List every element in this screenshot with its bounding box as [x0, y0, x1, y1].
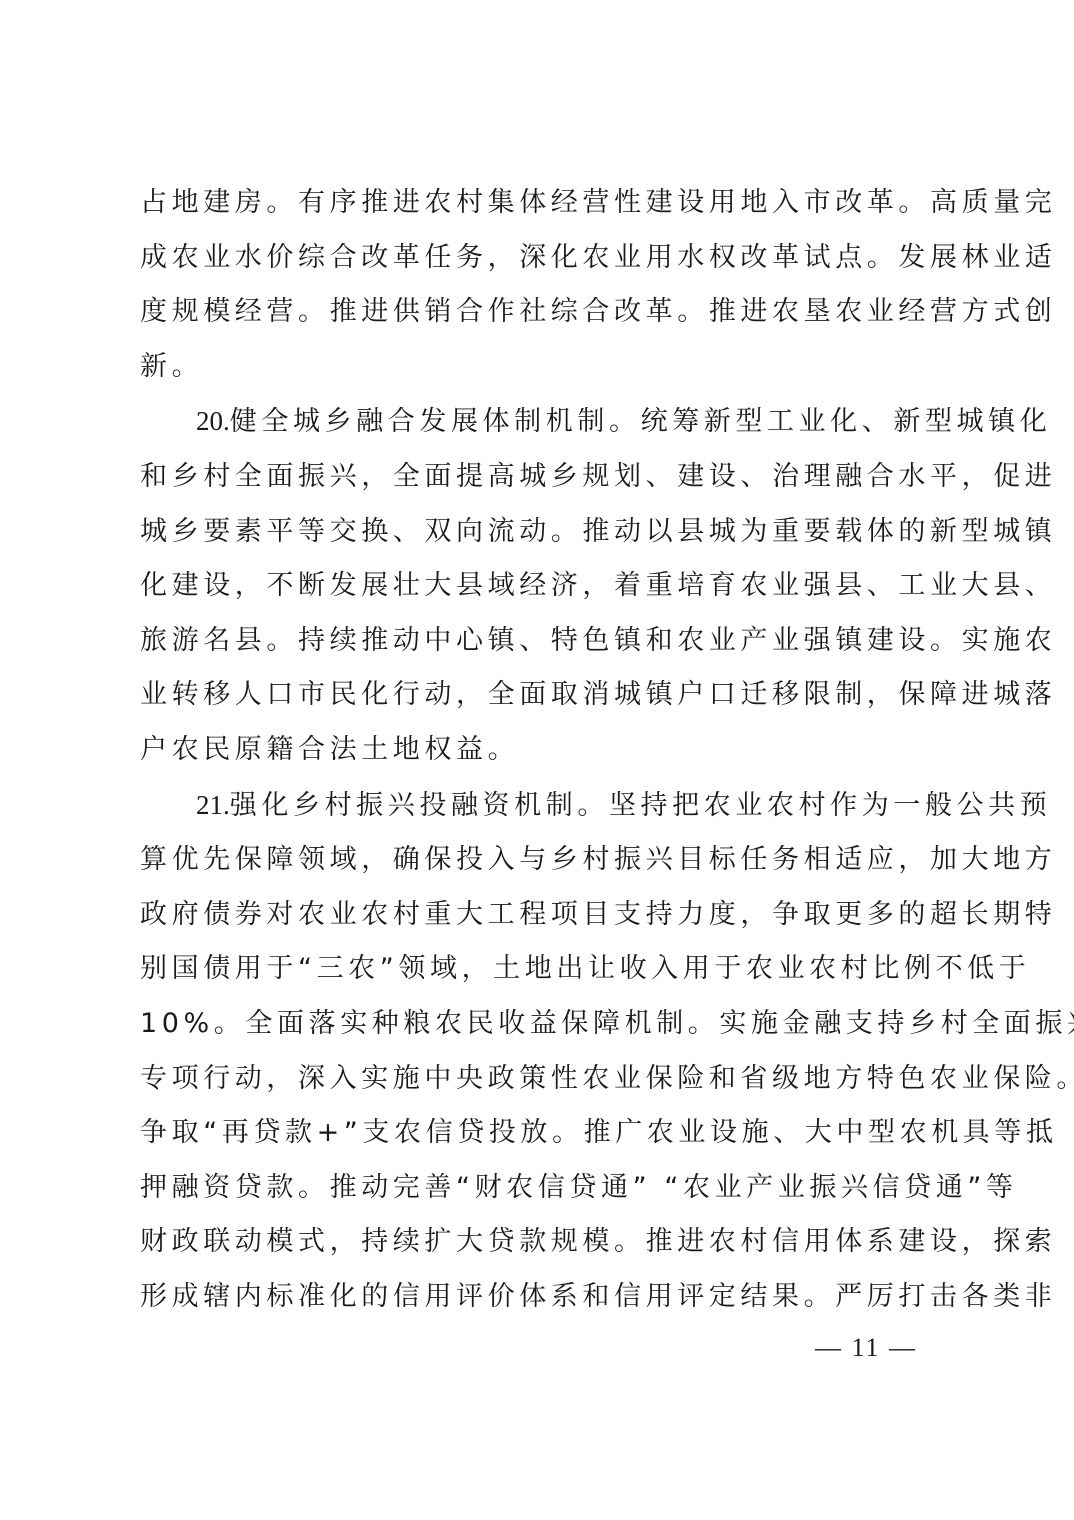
- text-line: 新。: [140, 340, 940, 395]
- section-number: 21.: [196, 790, 230, 820]
- text-line: 10%。全面落实种粮农民收益保障机制。实施金融支持乡村全面振兴: [140, 997, 940, 1052]
- text-line: 政府债券对农业农村重大工程项目支持力度，争取更多的超长期特: [140, 888, 940, 943]
- text-line: 财政联动模式，持续扩大贷款规模。推进农村信用体系建设，探索: [140, 1215, 940, 1270]
- text-line: 争取“再贷款+”支农信贷投放。推广农业设施、大中型农机具等抵: [140, 1106, 940, 1161]
- text-line: 业转移人口市民化行动，全面取消城镇户口迁移限制，保障进城落: [140, 668, 940, 723]
- text-line: 化建设，不断发展壮大县域经济，着重培育农业强县、工业大县、: [140, 559, 940, 614]
- text-line: 和乡村全面振兴，全面提高城乡规划、建设、治理融合水平，促进: [140, 450, 940, 505]
- document-page: 占地建房。有序推进农村集体经营性建设用地入市改革。高质量完 成农业水价综合改革任…: [0, 0, 1074, 1520]
- text-line: 别国债用于“三农”领域，土地出让收入用于农业农村比例不低于: [140, 942, 940, 997]
- text-line: 21.强化乡村振兴投融资机制。坚持把农业农村作为一般公共预: [140, 778, 940, 834]
- text-run: 坚持把农业农村作为一般公共预: [609, 790, 1051, 821]
- text-line: 旅游名县。持续推动中心镇、特色镇和农业产业强镇建设。实施农: [140, 614, 940, 669]
- section-heading: 强化乡村振兴投融资机制。: [230, 790, 609, 821]
- text-line: 押融资贷款。推动完善“财农信贷通” “农业产业振兴信贷通”等: [140, 1161, 940, 1216]
- page-number: — 11 —: [815, 1333, 917, 1363]
- text-line: 城乡要素平等交换、双向流动。推动以县城为重要载体的新型城镇: [140, 505, 940, 560]
- text-line: 成农业水价综合改革任务，深化农业用水权改革试点。发展林业适: [140, 231, 940, 286]
- paragraph-21: 21.强化乡村振兴投融资机制。坚持把农业农村作为一般公共预 算优先保障领域，确保…: [140, 778, 940, 1325]
- text-line: 户农民原籍合法土地权益。: [140, 723, 940, 778]
- section-heading: 健全城乡融合发展体制机制。: [230, 406, 641, 437]
- text-line: 形成辖内标准化的信用评价体系和信用评定结果。严厉打击各类非: [140, 1270, 940, 1325]
- section-number: 20.: [196, 406, 230, 436]
- text-line: 度规模经营。推进供销合作社综合改革。推进农垦农业经营方式创: [140, 285, 940, 340]
- text-line: 专项行动，深入实施中央政策性农业保险和省级地方特色农业保险。: [140, 1052, 940, 1107]
- paragraph-20: 20.健全城乡融合发展体制机制。统筹新型工业化、新型城镇化 和乡村全面振兴，全面…: [140, 394, 940, 777]
- paragraph-continued: 占地建房。有序推进农村集体经营性建设用地入市改革。高质量完 成农业水价综合改革任…: [140, 176, 940, 394]
- text-line: 算优先保障领域，确保投入与乡村振兴目标任务相适应，加大地方: [140, 833, 940, 888]
- text-run: 统筹新型工业化、新型城镇化: [641, 406, 1052, 437]
- text-line: 20.健全城乡融合发展体制机制。统筹新型工业化、新型城镇化: [140, 394, 940, 450]
- document-body: 占地建房。有序推进农村集体经营性建设用地入市改革。高质量完 成农业水价综合改革任…: [140, 176, 940, 1324]
- text-line: 占地建房。有序推进农村集体经营性建设用地入市改革。高质量完: [140, 176, 940, 231]
